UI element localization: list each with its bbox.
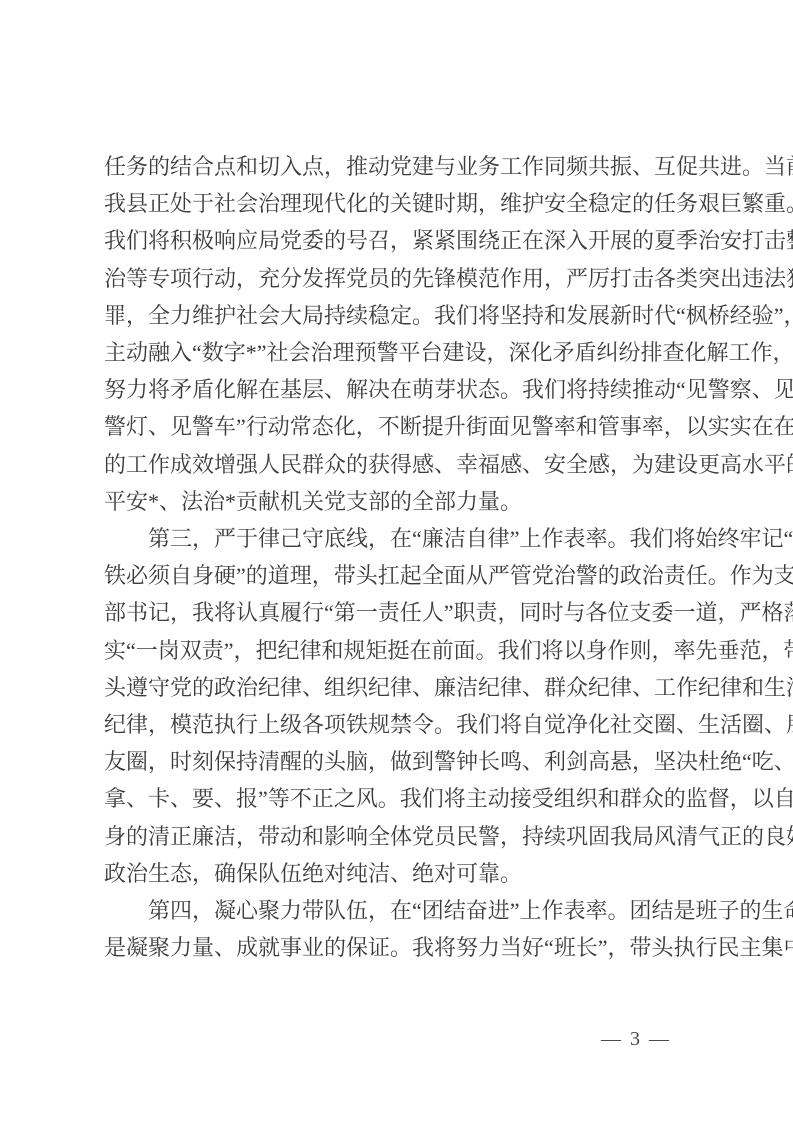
paragraph-fourth-point: 第四，凝心聚力带队伍，在“团结奋进”上作表率。团结是班子的生命， 是凝聚力量、成… — [104, 892, 712, 966]
text-line: 警灯、见警车”行动常态化，不断提升街面见警率和管事率，以实实在在 — [104, 408, 712, 445]
document-page: 任务的结合点和切入点，推动党建与业务工作同频共振、互促共进。当前， 我县正处于社… — [0, 0, 793, 1122]
paragraph-continuation: 任务的结合点和切入点，推动党建与业务工作同频共振、互促共进。当前， 我县正处于社… — [104, 148, 712, 520]
text-line: 铁必须自身硬”的道理，带头扛起全面从严管党治警的政治责任。作为支 — [104, 557, 712, 594]
text-line: 的工作成效增强人民群众的获得感、幸福感、安全感，为建设更高水平的 — [104, 446, 712, 483]
text-line: 纪律，模范执行上级各项铁规禁令。我们将自觉净化社交圈、生活圈、朋 — [104, 706, 712, 743]
text-line: 拿、卡、要、报”等不正之风。我们将主动接受组织和群众的监督，以自 — [104, 780, 712, 817]
text-line: 政治生态，确保队伍绝对纯洁、绝对可靠。 — [104, 855, 712, 892]
document-body: 任务的结合点和切入点，推动党建与业务工作同频共振、互促共进。当前， 我县正处于社… — [104, 148, 712, 966]
paragraph-third-point: 第三，严于律己守底线，在“廉洁自律”上作表率。我们将始终牢记“打 铁必须自身硬”… — [104, 520, 712, 892]
page-number: — 3 — — [601, 1028, 671, 1051]
text-line: 部书记，我将认真履行“第一责任人”职责，同时与各位支委一道，严格落 — [104, 594, 712, 631]
text-line: 主动融入“数字*”社会治理预警平台建设，深化矛盾纠纷排查化解工作， — [104, 334, 712, 371]
text-line: 实“一岗双责”，把纪律和规矩挺在前面。我们将以身作则，率先垂范，带 — [104, 632, 712, 669]
text-line: 头遵守党的政治纪律、组织纪律、廉洁纪律、群众纪律、工作纪律和生活 — [104, 669, 712, 706]
text-line: 任务的结合点和切入点，推动党建与业务工作同频共振、互促共进。当前， — [104, 148, 712, 185]
text-line: 是凝聚力量、成就事业的保证。我将努力当好“班长”，带头执行民主集中 — [104, 929, 712, 966]
text-line: 我县正处于社会治理现代化的关键时期，维护安全稳定的任务艰巨繁重。 — [104, 185, 712, 222]
text-line: 第三，严于律己守底线，在“廉洁自律”上作表率。我们将始终牢记“打 — [104, 520, 712, 557]
text-line: 我们将积极响应局党委的号召，紧紧围绕正在深入开展的夏季治安打击整 — [104, 222, 712, 259]
text-line: 努力将矛盾化解在基层、解决在萌芽状态。我们将持续推动“见警察、见 — [104, 371, 712, 408]
page-footer: — 3 — — [0, 1028, 793, 1058]
text-line: 罪，全力维护社会大局持续稳定。我们将坚持和发展新时代“枫桥经验”， — [104, 297, 712, 334]
text-line: 第四，凝心聚力带队伍，在“团结奋进”上作表率。团结是班子的生命， — [104, 892, 712, 929]
text-line: 身的清正廉洁，带动和影响全体党员民警，持续巩固我局风清气正的良好 — [104, 818, 712, 855]
text-line: 平安*、法治*贡献机关党支部的全部力量。 — [104, 483, 712, 520]
text-line: 友圈，时刻保持清醒的头脑，做到警钟长鸣、利剑高悬，坚决杜绝“吃、 — [104, 743, 712, 780]
text-line: 治等专项行动，充分发挥党员的先锋模范作用，严厉打击各类突出违法犯 — [104, 260, 712, 297]
